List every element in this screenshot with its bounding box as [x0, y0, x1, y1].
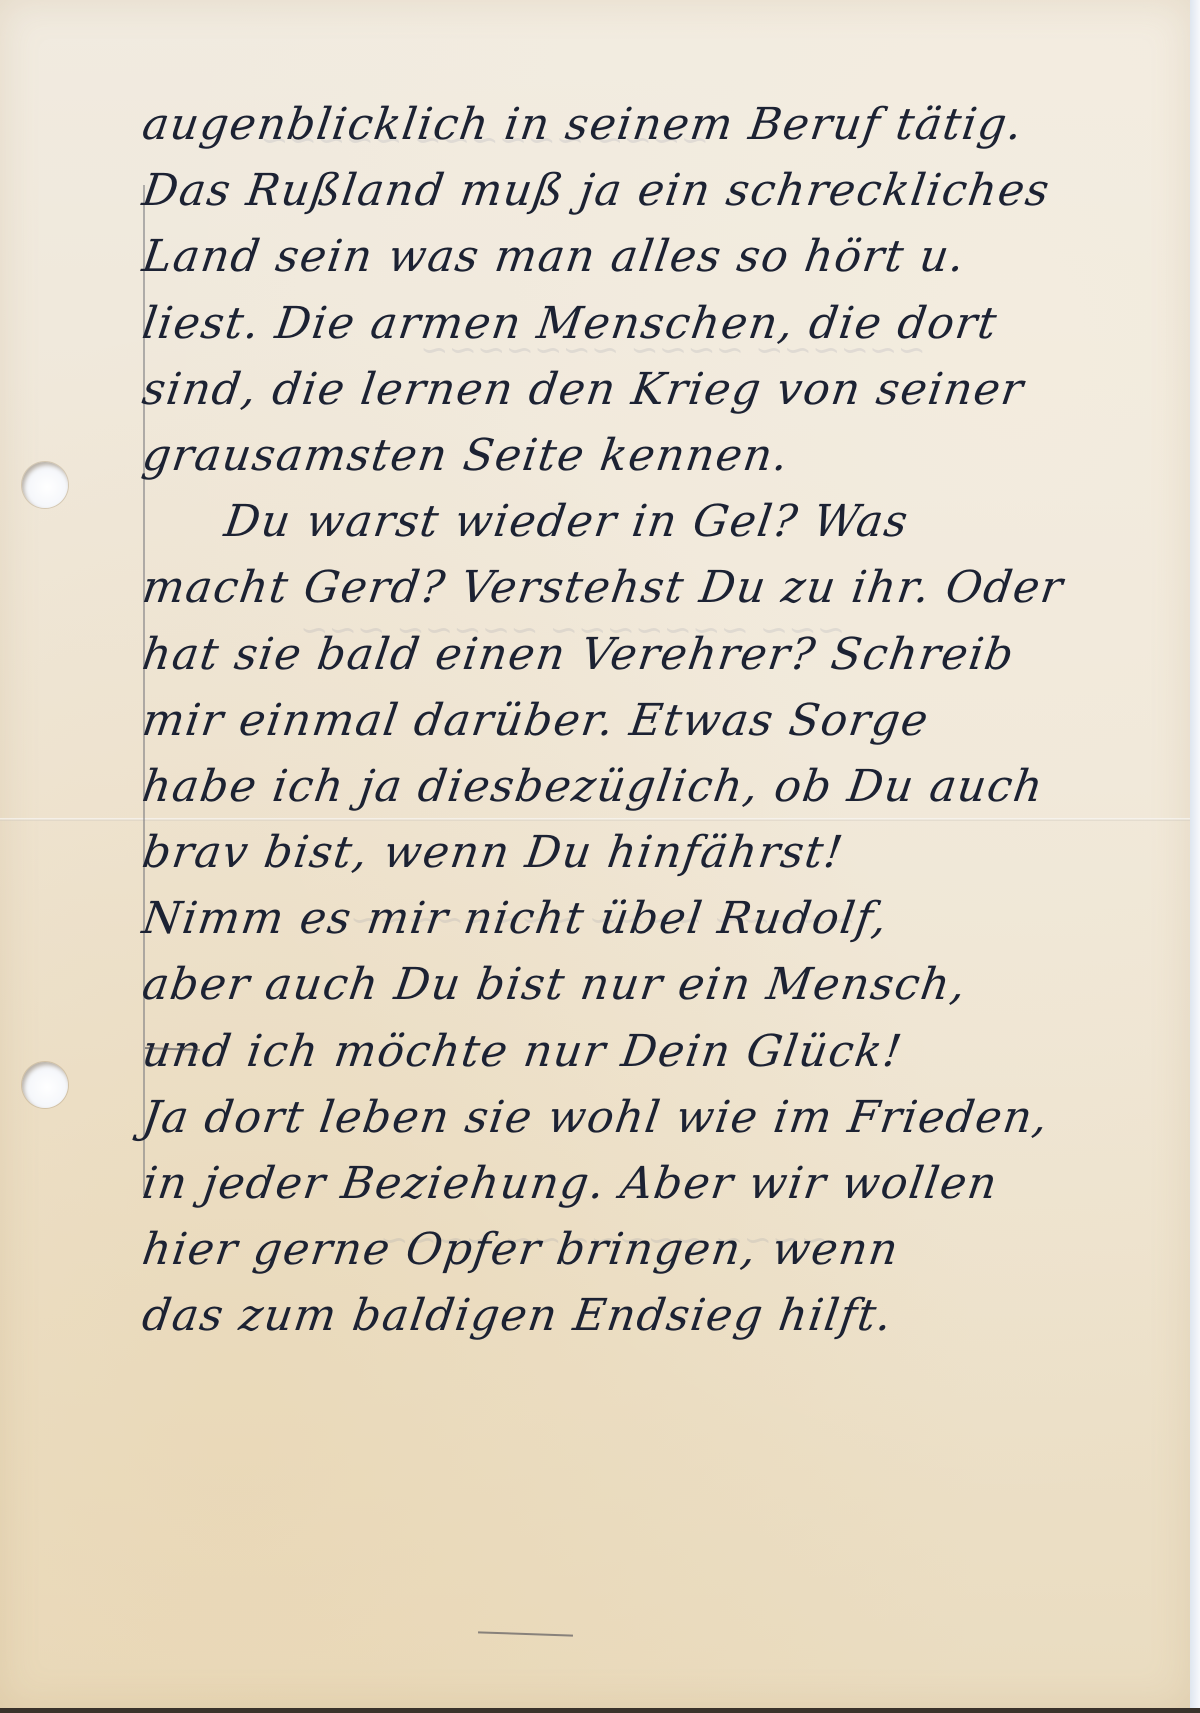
letter-line: Nimm es mir nicht übel Rudolf,: [138, 886, 1127, 952]
letter-line: macht Gerd? Verstehst Du zu ihr. Oder: [138, 555, 1127, 621]
pencil-underline-endsieg: [478, 1631, 573, 1636]
letter-line: habe ich ja diesbezüglich, ob Du auch: [138, 754, 1127, 820]
letter-paper: ~~~~ ~~~~~~ ~~~~~ ~~~~~~ ~~~~ ~~~~~~~ ~~…: [0, 0, 1190, 1708]
letter-line: brav bist, wenn Du hinfährst!: [138, 820, 1127, 886]
letter-line: mir einmal darüber. Etwas Sorge: [138, 688, 1127, 754]
letter-line: liest. Die armen Menschen, die dort: [138, 291, 1127, 357]
punch-hole-top: [22, 462, 68, 508]
letter-line: in jeder Beziehung. Aber wir wollen: [138, 1151, 1127, 1217]
scan-edge-right: [1190, 0, 1200, 1713]
letter-line: und ich möchte nur Dein Glück!: [138, 1019, 1127, 1085]
scan-edge-bottom: [0, 1708, 1200, 1713]
letter-line: Das Rußland muß ja ein schreckliches: [138, 158, 1127, 224]
letter-line-paragraph-start: Du warst wieder in Gel? Was: [138, 489, 1127, 555]
letter-line: hat sie bald einen Verehrer? Schreib: [138, 622, 1127, 688]
letter-body: augenblicklich in seinem Beruf tätig. Da…: [138, 92, 1118, 1350]
letter-line: das zum baldigen Endsieg hilft.: [138, 1283, 1127, 1349]
punch-hole-bottom: [22, 1062, 68, 1108]
letter-line: augenblicklich in seinem Beruf tätig.: [138, 92, 1127, 158]
letter-line: grausamsten Seite kennen.: [138, 423, 1127, 489]
letter-line: Land sein was man alles so hört u.: [138, 224, 1127, 290]
letter-line: Ja dort leben sie wohl wie im Frieden,: [138, 1085, 1127, 1151]
letter-line: hier gerne Opfer bringen, wenn: [138, 1217, 1127, 1283]
letter-line: sind, die lernen den Krieg von seiner: [138, 357, 1127, 423]
letter-line: aber auch Du bist nur ein Mensch,: [138, 952, 1127, 1018]
